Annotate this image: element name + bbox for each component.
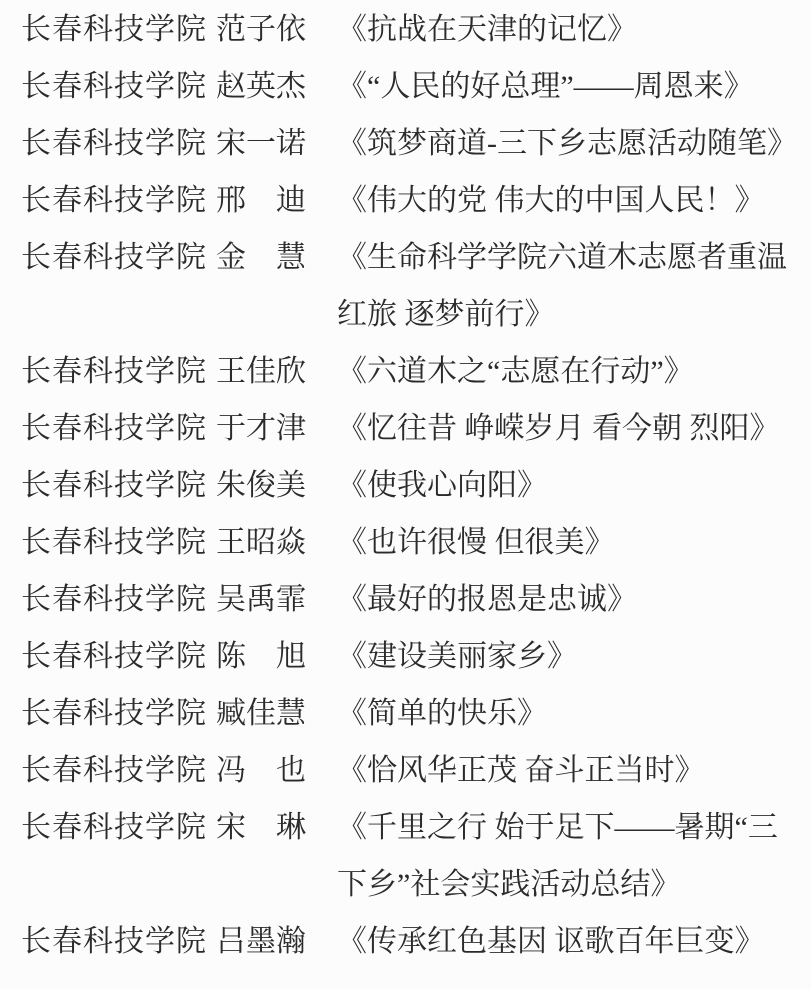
institution-cell: 长春科技学院 (21, 628, 216, 685)
work-title-cell: 《恰风华正茂 奋斗正当时》 (337, 742, 803, 799)
work-title-cell: 《简单的快乐》 (337, 685, 803, 742)
institution-cell: 长春科技学院 (21, 58, 216, 115)
institution-cell: 长春科技学院 (21, 343, 216, 400)
work-title-cell: 《筑梦商道-三下乡志愿活动随笔》 (337, 115, 803, 172)
list-row: 长春科技学院 王昭焱 《也许很慢 但很美》 (21, 514, 803, 571)
list-row: 长春科技学院 王佳欣 《六道木之“志愿在行动”》 (21, 343, 803, 400)
work-title-cell: 《千里之行 始于足下——暑期“三 下乡”社会实践活动总结》 (337, 799, 803, 913)
list-row: 长春科技学院 邢 迪 《伟大的党 伟大的中国人民！》 (21, 172, 803, 229)
institution-cell: 长春科技学院 (21, 514, 216, 571)
list-row: 长春科技学院 赵英杰 《“人民的好总理”——周恩来》 (21, 58, 803, 115)
author-name-cell: 冯 也 (216, 742, 309, 799)
author-name-cell: 朱俊美 (216, 457, 309, 514)
list-row: 长春科技学院 朱俊美 《使我心向阳》 (21, 457, 803, 514)
institution-cell: 长春科技学院 (21, 457, 216, 514)
institution-cell: 长春科技学院 (21, 571, 216, 628)
author-name-cell: 王佳欣 (216, 343, 309, 400)
award-list: 长春科技学院 范子依 《抗战在天津的记忆》 长春科技学院 赵英杰 《“人民的好总… (0, 0, 811, 970)
work-title-cell: 《使我心向阳》 (337, 457, 803, 514)
institution-cell: 长春科技学院 (21, 1, 216, 58)
list-row: 长春科技学院 宋 琳 《千里之行 始于足下——暑期“三 下乡”社会实践活动总结》 (21, 799, 803, 913)
work-title-cell: 《伟大的党 伟大的中国人民！》 (337, 172, 803, 229)
institution-cell: 长春科技学院 (21, 400, 216, 457)
work-title-cell: 《生命科学学院六道木志愿者重温 红旅 逐梦前行》 (337, 229, 803, 343)
work-title-cell: 《也许很慢 但很美》 (337, 514, 803, 571)
institution-cell: 长春科技学院 (21, 685, 216, 742)
author-name-cell: 王昭焱 (216, 514, 309, 571)
work-title-cell: 《传承红色基因 讴歌百年巨变》 (337, 913, 803, 970)
work-title-cell: 《最好的报恩是忠诚》 (337, 571, 803, 628)
list-row: 长春科技学院 范子依 《抗战在天津的记忆》 (21, 1, 803, 58)
work-title-cell: 《六道木之“志愿在行动”》 (337, 343, 803, 400)
institution-cell: 长春科技学院 (21, 799, 216, 856)
work-title-cell: 《抗战在天津的记忆》 (337, 1, 803, 58)
work-title-cell: 《“人民的好总理”——周恩来》 (337, 58, 803, 115)
author-name-cell: 于才津 (216, 400, 309, 457)
list-row: 长春科技学院 吴禹霏 《最好的报恩是忠诚》 (21, 571, 803, 628)
author-name-cell: 范子依 (216, 1, 309, 58)
author-name-cell: 吴禹霏 (216, 571, 309, 628)
author-name-cell: 臧佳慧 (216, 685, 309, 742)
author-name-cell: 宋 琳 (216, 799, 309, 856)
list-row: 长春科技学院 冯 也 《恰风华正茂 奋斗正当时》 (21, 742, 803, 799)
list-row: 长春科技学院 陈 旭 《建设美丽家乡》 (21, 628, 803, 685)
author-name-cell: 邢 迪 (216, 172, 309, 229)
list-row: 长春科技学院 宋一诺 《筑梦商道-三下乡志愿活动随笔》 (21, 115, 803, 172)
work-title-cell: 《建设美丽家乡》 (337, 628, 803, 685)
institution-cell: 长春科技学院 (21, 115, 216, 172)
work-title-cell: 《忆往昔 峥嵘岁月 看今朝 烈阳》 (337, 400, 803, 457)
institution-cell: 长春科技学院 (21, 172, 216, 229)
author-name-cell: 陈 旭 (216, 628, 309, 685)
institution-cell: 长春科技学院 (21, 742, 216, 799)
list-row: 长春科技学院 吕墨瀚 《传承红色基因 讴歌百年巨变》 (21, 913, 803, 970)
list-row: 长春科技学院 臧佳慧 《简单的快乐》 (21, 685, 803, 742)
author-name-cell: 赵英杰 (216, 58, 309, 115)
author-name-cell: 金 慧 (216, 229, 309, 286)
author-name-cell: 宋一诺 (216, 115, 309, 172)
list-row: 长春科技学院 金 慧 《生命科学学院六道木志愿者重温 红旅 逐梦前行》 (21, 229, 803, 343)
author-name-cell: 吕墨瀚 (216, 913, 309, 970)
institution-cell: 长春科技学院 (21, 913, 216, 970)
list-row: 长春科技学院 于才津 《忆往昔 峥嵘岁月 看今朝 烈阳》 (21, 400, 803, 457)
institution-cell: 长春科技学院 (21, 229, 216, 286)
